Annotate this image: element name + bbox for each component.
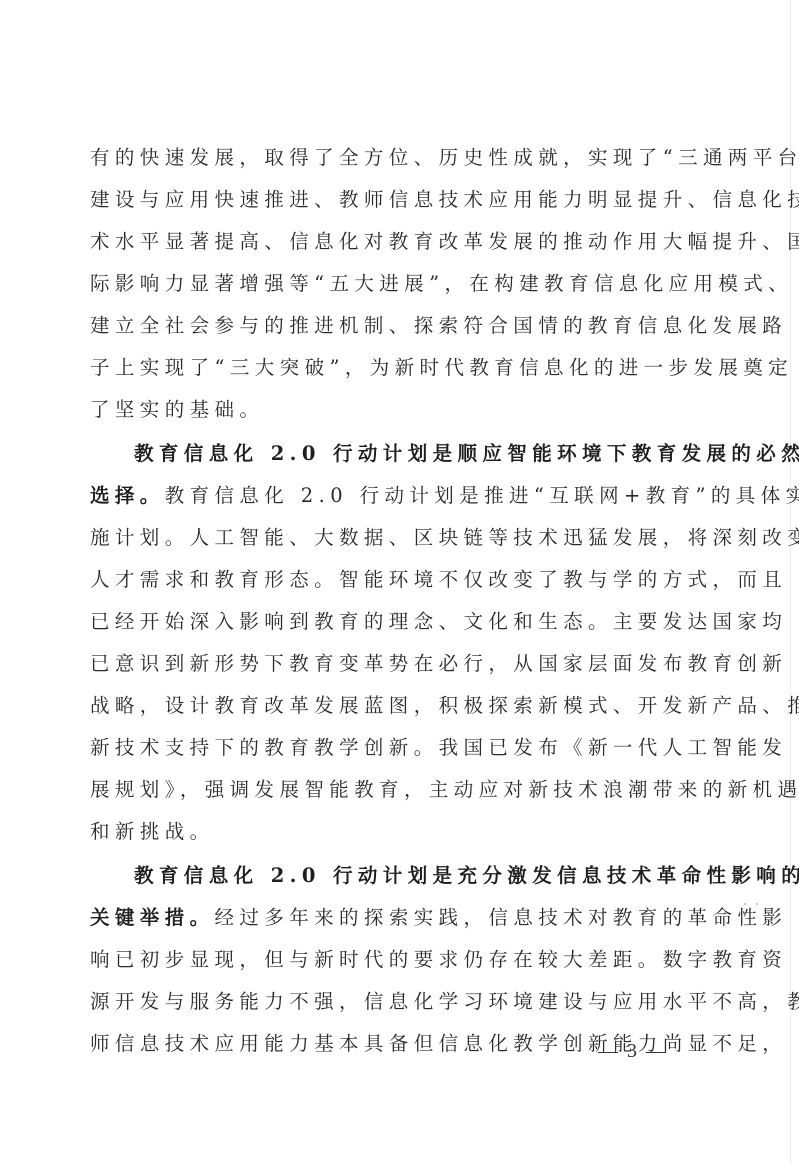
text-line: 已意识到新形势下教育变革势在必行，从国家层面发布教育创新 bbox=[90, 646, 714, 688]
text-line: 人才需求和教育形态。智能环境不仅改变了教与学的方式，而且 bbox=[90, 562, 714, 604]
paragraph-heading-cont: 关键举措。 bbox=[90, 906, 215, 929]
text-span: 教育信息化 2.0 行动计划是推进“互联网+教育”的具体实 bbox=[165, 484, 799, 507]
text-line: 建立全社会参与的推进机制、探索符合国情的教育信息化发展路 bbox=[90, 308, 714, 350]
paragraph-heading-cont: 选择。 bbox=[90, 484, 165, 507]
paragraph-heading: 教育信息化 2.0 行动计划是充分激发信息技术革命性影响的 bbox=[90, 858, 714, 900]
scan-specks bbox=[740, 903, 780, 907]
text-line: 了坚实的基础。 bbox=[90, 392, 714, 434]
paragraph-1: 有的快速发展，取得了全方位、历史性成就，实现了“三通两平台” 建设与应用快速推进… bbox=[90, 140, 714, 434]
text-span: 经过多年来的探索实践，信息技术对教育的革命性影 bbox=[215, 906, 788, 929]
text-line: 际影响力显著增强等“五大进展”，在构建教育信息化应用模式、 bbox=[90, 266, 714, 308]
paragraph-3: 教育信息化 2.0 行动计划是充分激发信息技术革命性影响的 关键举措。经过多年来… bbox=[90, 858, 714, 1068]
text-line: 术水平显著提高、信息化对教育改革发展的推动作用大幅提升、国 bbox=[90, 224, 714, 266]
text-line: 已经开始深入影响到教育的理念、文化和生态。主要发达国家均 bbox=[90, 604, 714, 646]
page-number: — 3 — bbox=[598, 1040, 668, 1063]
text-line: 战略，设计教育改革发展蓝图，积极探索新模式、开发新产品、推进 bbox=[90, 688, 714, 730]
paragraph-heading: 教育信息化 2.0 行动计划是顺应智能环境下教育发展的必然 bbox=[90, 436, 714, 478]
document-body: 有的快速发展，取得了全方位、历史性成就，实现了“三通两平台” 建设与应用快速推进… bbox=[90, 140, 714, 1068]
text-line: 关键举措。经过多年来的探索实践，信息技术对教育的革命性影 bbox=[90, 900, 714, 942]
text-line: 和新挑战。 bbox=[90, 814, 714, 856]
text-line: 响已初步显现，但与新时代的要求仍存在较大差距。数字教育资 bbox=[90, 942, 714, 984]
text-line: 选择。教育信息化 2.0 行动计划是推进“互联网+教育”的具体实 bbox=[90, 478, 714, 520]
text-line: 源开发与服务能力不强，信息化学习环境建设与应用水平不高，教 bbox=[90, 984, 714, 1026]
text-line: 施计划。人工智能、大数据、区块链等技术迅猛发展，将深刻改变 bbox=[90, 520, 714, 562]
text-line: 有的快速发展，取得了全方位、历史性成就，实现了“三通两平台” bbox=[90, 140, 714, 182]
text-line: 新技术支持下的教育教学创新。我国已发布《新一代人工智能发 bbox=[90, 730, 714, 772]
text-line: 建设与应用快速推进、教师信息技术应用能力明显提升、信息化技 bbox=[90, 182, 714, 224]
text-line: 子上实现了“三大突破”，为新时代教育信息化的进一步发展奠定 bbox=[90, 350, 714, 392]
paragraph-2: 教育信息化 2.0 行动计划是顺应智能环境下教育发展的必然 选择。教育信息化 2… bbox=[90, 436, 714, 856]
text-line: 展规划》，强调发展智能教育，主动应对新技术浪潮带来的新机遇 bbox=[90, 772, 714, 814]
